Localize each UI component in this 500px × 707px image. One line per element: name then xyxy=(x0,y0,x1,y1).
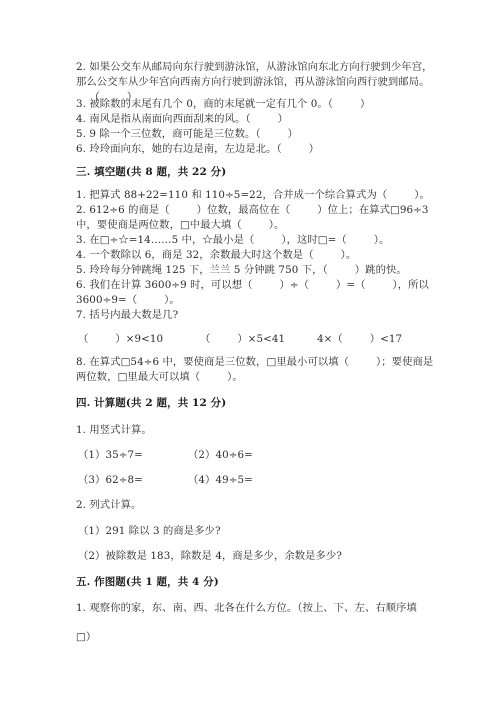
question-3: 3. 被除数的末尾有几个 0，商的末尾就一定有几个 0。（ ） xyxy=(76,97,370,112)
fill-question-7: 7. 括号内最大数是几? xyxy=(76,308,178,323)
fill-question-5: 5. 玲玲每分钟跳绳 125 下，兰兰 5 分钟跳 750 下，（ ）跳的快。 xyxy=(76,263,407,278)
drawing-question-1-line-1: 1. 观察你的家，东、南、西、北各在什么方位。（按上、下、左、右顺序填 xyxy=(76,601,417,616)
section-heading-calculation: 四. 计算题(共 2 题，共 12 分) xyxy=(76,396,226,411)
drawing-question-1-line-2: □） xyxy=(76,630,96,645)
fill-question-7-item-2: （ ）×5<41 xyxy=(200,332,285,347)
fill-question-6-line-1: 6. 我们在计算 3600÷9 时，可以想（ ）÷（ ）=（ ），所以 xyxy=(76,278,429,293)
fill-question-1: 1. 把算式 88+22=110 和 110÷5=22，合并成一个综合算式为（ … xyxy=(76,188,430,203)
section-heading-fill-blank: 三. 填空题(共 8 题，共 22 分) xyxy=(76,165,226,180)
calc-question-2-a: （1）291 除以 3 的商是多少? xyxy=(78,524,221,539)
question-5: 5. 9 除一个三位数，商可能是三位数。（ ） xyxy=(76,127,298,142)
fill-question-7-item-3: 4×（ ）<17 xyxy=(317,332,402,347)
question-6: 6. 玲玲面向东，她的右边是南，左边是北。（ ） xyxy=(76,142,319,157)
calc-item-3: （3）62÷8= xyxy=(78,473,143,488)
fill-question-7-item-1: （ ）×9<10 xyxy=(78,332,163,347)
fill-question-2-line-1: 2. 612÷6 的商是（ ）位数，最高位在（ ）位上；在算式□96÷3 xyxy=(76,203,429,218)
question-2-line-2: 那么公交车从少年宫向西南方向行驶到游泳馆，再从游泳馆向西行驶到邮局。 xyxy=(76,75,430,90)
fill-question-4: 4. 一个数除以 6，商是 32，余数最大时这个数是（ ）。 xyxy=(76,248,356,263)
calc-item-4: （4）49÷5= xyxy=(188,473,253,488)
calc-question-2-b: （2）被除数是 183，除数是 4，商是多少，余数是多少? xyxy=(78,549,342,564)
fill-question-2-line-2: 中，要使商是两位数，□中最大填（ ）。 xyxy=(76,218,284,233)
fill-question-8-line-1: 8. 在算式□54÷6 中，要使商是三位数，□里最小可以填（ ）；要使商是 xyxy=(76,355,433,370)
fill-question-8-line-2: 两位数，□里最大可以填（ ）。 xyxy=(76,370,243,385)
question-2-line-1: 2. 如果公交车从邮局向东行驶到游泳馆，从游泳馆向东北方向行驶到少年宫， xyxy=(76,60,433,75)
question-4: 4. 南风是指从南面向西面刮来的风。（ ） xyxy=(76,112,288,127)
fill-question-6-line-2: 3600÷9=（ ）。 xyxy=(76,293,180,308)
section-heading-drawing: 五. 作图题(共 1 题，共 4 分) xyxy=(76,575,219,590)
calc-question-1: 1. 用竖式计算。 xyxy=(76,423,152,438)
calc-item-1: （1）35÷7= xyxy=(78,448,143,463)
calc-question-2: 2. 列式计算。 xyxy=(76,498,141,513)
fill-question-3: 3. 在□÷☆=14……5 中，☆最小是（ ），这时□=（ ）。 xyxy=(76,233,389,248)
calc-item-2: （2）40÷6= xyxy=(188,448,253,463)
